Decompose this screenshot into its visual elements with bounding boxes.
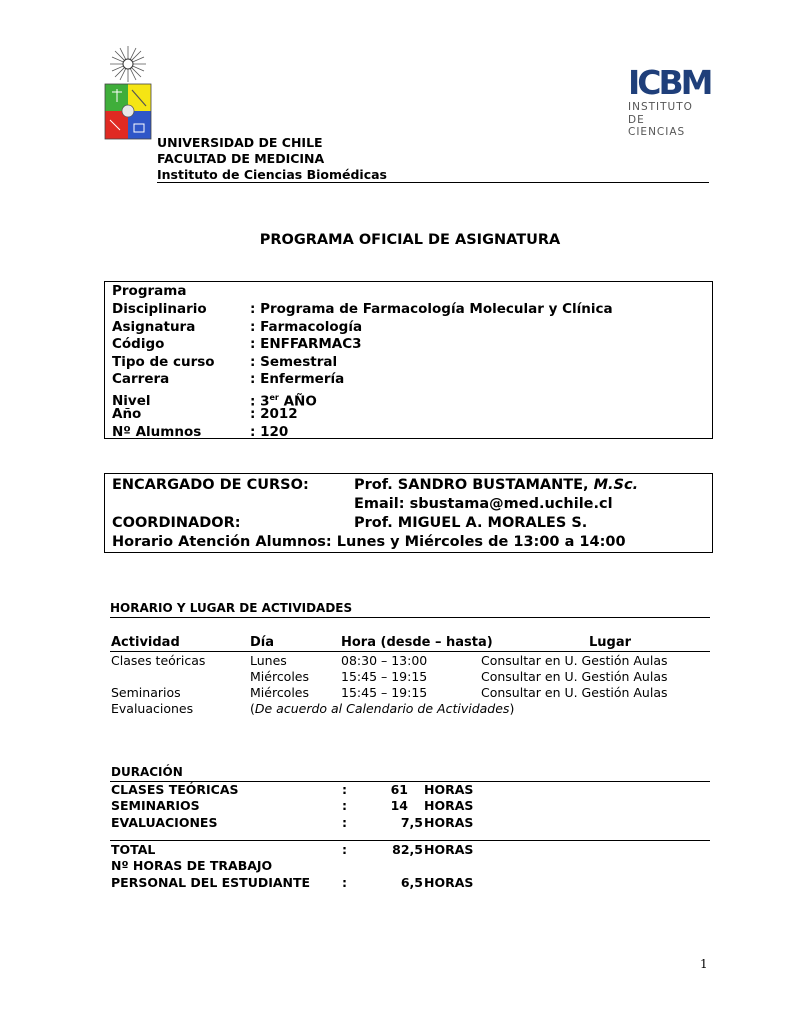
info-row-carrera: Carrera: Enfermería [112,371,344,388]
schedule-cell: 08:30 – 13:00 [341,653,427,669]
duration-value: 61 [370,782,408,798]
duration-unit: HORAS [424,842,473,858]
info-row-codigo: Código: ENFFARMAC3 [112,336,362,353]
duration-total-value: 82,5 [370,842,423,858]
program-label: Programa [112,283,186,300]
duration-value: 7,5 [370,815,423,831]
course-info-box: Programa Disciplinario: Programa de Farm… [104,281,713,439]
universidad-de-chile-logo [104,44,152,142]
duration-label: SEMINARIOS [111,798,200,814]
schedule-header-dia: Día [250,635,274,650]
duration-total-divider [110,840,710,841]
icbm-logo-mark: ICBM [628,68,711,98]
schedule-cell: Miércoles [250,685,309,701]
duration-sep: : [342,782,347,798]
schedule-cell: 15:45 – 19:15 [341,669,427,685]
info-row-tipo-curso: Tipo de curso: Semestral [112,354,337,371]
schedule-cell: Miércoles [250,669,309,685]
page-number: 1 [700,957,708,971]
schedule-header-lugar: Lugar [589,635,631,650]
duration-section-title: DURACIÓN [111,765,183,779]
schedule-section-title: HORARIO Y LUGAR DE ACTIVIDADES [110,601,352,615]
duration-label: EVALUACIONES [111,815,217,831]
duration-sep: : [342,798,347,814]
institute-name: Instituto de Ciencias Biomédicas [157,167,387,183]
icbm-logo-line2: DE CIENCIAS [628,114,706,138]
schedule-header-actividad: Actividad [111,635,180,650]
staff-box: ENCARGADO DE CURSO:Prof. SANDRO BUSTAMAN… [104,473,713,553]
info-row-ano: Año: 2012 [112,406,298,423]
duration-unit: HORAS [424,875,473,891]
duration-sep: : [342,842,347,858]
duration-sep: : [342,815,347,831]
schedule-cell: Evaluaciones [111,701,193,717]
personal-hours-value: 6,5 [370,875,423,891]
info-row-disciplinario: Disciplinario: Programa de Farmacología … [112,301,613,318]
coordinador-row: COORDINADOR:Prof. MIGUEL A. MORALES S. [112,514,587,534]
duration-label: CLASES TEÓRICAS [111,782,239,798]
schedule-cell: 15:45 – 19:15 [341,685,427,701]
info-row-asignatura: Asignatura: Farmacología [112,319,362,336]
schedule-cell: Seminarios [111,685,181,701]
duration-unit: HORAS [424,798,473,814]
schedule-cell: Lunes [250,653,287,669]
schedule-cell: Clases teóricas [111,653,205,669]
icbm-logo-line1: INSTITUTO [628,101,693,113]
header-divider [157,182,709,183]
schedule-divider [110,617,710,618]
schedule-cell: Consultar en U. Gestión Aulas [481,669,668,685]
email-row: Email: sbustama@med.uchile.cl [112,495,613,515]
schedule-header-hora: Hora (desde – hasta) [341,635,493,650]
duration-total-label: TOTAL [111,842,155,858]
horario-atencion-row: Horario Atención Alumnos: Lunes y Miérco… [112,533,626,553]
encargado-email: Email: sbustama@med.uchile.cl [354,496,613,512]
duration-value: 14 [370,798,408,814]
document-title: PROGRAMA OFICIAL DE ASIGNATURA [0,232,800,248]
schedule-cell: Consultar en U. Gestión Aulas [481,685,668,701]
encargado-row: ENCARGADO DE CURSO:Prof. SANDRO BUSTAMAN… [112,476,638,496]
faculty-name: FACULTAD DE MEDICINA [157,151,324,167]
duration-unit: HORAS [424,815,473,831]
university-name: UNIVERSIDAD DE CHILE [157,135,323,151]
personal-hours-label-1: Nº HORAS DE TRABAJO [111,858,272,874]
personal-hours-label-2: PERSONAL DEL ESTUDIANTE [111,875,310,891]
icbm-logo: ICBM INSTITUTO DE CIENCIAS [626,68,706,130]
evaluation-note: (De acuerdo al Calendario de Actividades… [250,701,514,717]
schedule-header-divider [110,651,710,652]
schedule-cell: Consultar en U. Gestión Aulas [481,653,668,669]
duration-sep: : [342,875,347,891]
duration-unit: HORAS [424,782,473,798]
info-row-alumnos: Nº Alumnos: 120 [112,424,288,441]
